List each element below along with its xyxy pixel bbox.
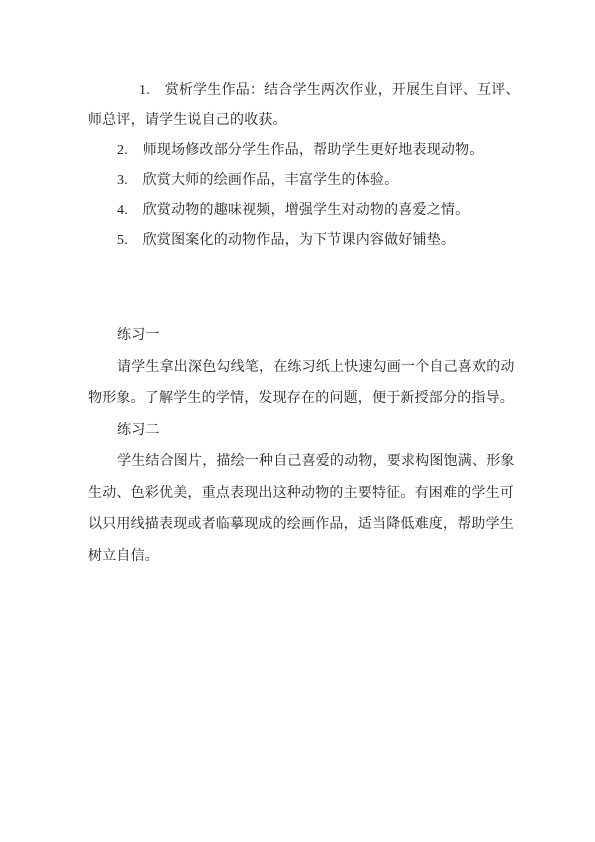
- list-item-5: 5. 欣赏图案化的动物作品，为下节课内容做好铺垫。: [88, 226, 512, 256]
- document-content: 1. 赏析学生作品：结合学生两次作业，开展生自评、互评、 师总评，请学生说自己的…: [88, 76, 512, 572]
- practice-2-line-3: 以只用线描表现或者临摹现成的绘画作品，适当降低难度，帮助学生: [88, 509, 512, 541]
- blank-space: [88, 256, 512, 320]
- list-item-1-line-2: 师总评，请学生说自己的收获。: [88, 106, 512, 136]
- practice-1-heading: 练习一: [88, 320, 512, 352]
- practice-2-line-1: 学生结合图片，描绘一种自己喜爱的动物，要求构图饱满、形象: [88, 446, 512, 478]
- practice-1-line-1: 请学生拿出深色勾线笔，在练习纸上快速勾画一个自己喜欢的动: [88, 352, 512, 384]
- list-item-1-line-1: 1. 赏析学生作品：结合学生两次作业，开展生自评、互评、: [88, 76, 512, 106]
- list-item-3: 3. 欣赏大师的绘画作品，丰富学生的体验。: [88, 166, 512, 196]
- practice-2-heading: 练习二: [88, 415, 512, 447]
- practice-2-line-2: 生动、色彩优美，重点表现出这种动物的主要特征。有困难的学生可: [88, 478, 512, 510]
- practice-1-line-2: 物形象。了解学生的学情，发现存在的问题，便于新授部分的指导。: [88, 383, 512, 415]
- practice-2-line-4: 树立自信。: [88, 541, 512, 573]
- document-page: 1. 赏析学生作品：结合学生两次作业，开展生自评、互评、 师总评，请学生说自己的…: [0, 0, 595, 842]
- list-item-2: 2. 师现场修改部分学生作品，帮助学生更好地表现动物。: [88, 136, 512, 166]
- list-item-4: 4. 欣赏动物的趣味视频，增强学生对动物的喜爱之情。: [88, 196, 512, 226]
